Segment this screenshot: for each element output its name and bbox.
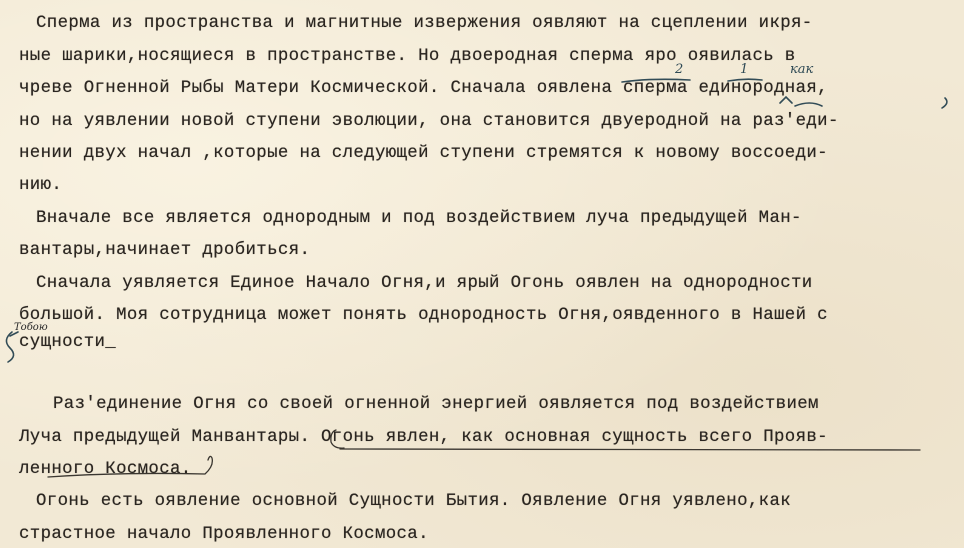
text-line-5: нении двух начал ,которые на следующей с… <box>19 144 828 164</box>
text-line-4: но на уявлении новой ступени эволюции, о… <box>19 112 839 132</box>
text-line-3: чреве Огненной Рыбы Матери Космической. … <box>19 79 828 99</box>
handwritten-insert-word: как <box>790 62 813 77</box>
text-line-7: Вначале все является однородным и под во… <box>36 209 802 229</box>
text-line-13: Луча предыдущей Манвантары. Огонь явлен,… <box>19 428 828 448</box>
text-line-12: Раз'единение Огня со своей огненной энер… <box>53 395 819 415</box>
text-line-8: вантары,начинает дробиться. <box>19 241 310 261</box>
handwritten-mark-2: 2 <box>675 62 683 77</box>
text-line-10: большой. Моя сотрудница может понять одн… <box>19 306 828 326</box>
text-line-9: Сначала уявляется Единое Начало Огня,и я… <box>36 274 813 294</box>
text-line-15: Огонь есть оявление основной Сущности Бы… <box>36 492 791 512</box>
text-line-1: Сперма из пространства и магнитные извер… <box>36 14 813 34</box>
text-line-11: сущности_ <box>19 333 116 353</box>
typewritten-document-page: Сперма из пространства и магнитные извер… <box>0 0 964 548</box>
handwritten-margin-note: Тобою <box>14 322 48 333</box>
handwritten-mark-1: 1 <box>740 62 748 77</box>
text-line-16: страстное начало Проявленного Космоса. <box>19 525 429 545</box>
text-line-14: ленного Космоса. <box>19 460 192 480</box>
text-line-6: нию. <box>19 176 62 196</box>
